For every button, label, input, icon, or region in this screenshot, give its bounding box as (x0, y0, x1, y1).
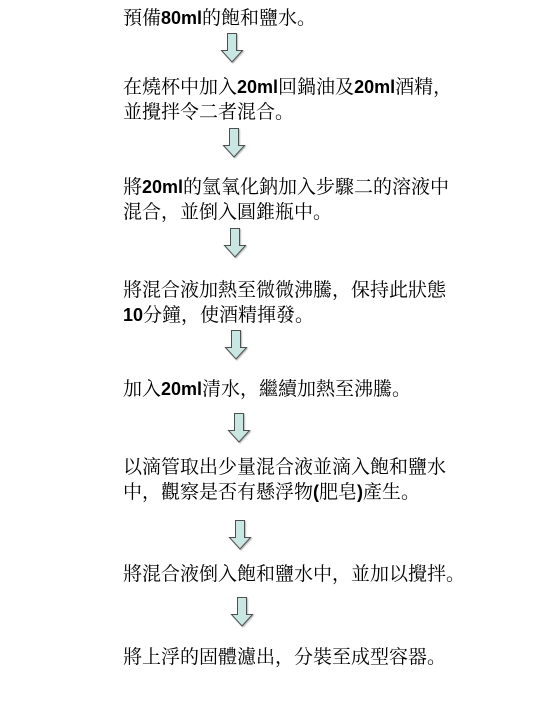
bold-measurement-text: 80ml (161, 8, 202, 28)
bold-measurement-text: 20ml (237, 77, 278, 97)
step-4-line-2: 10分鐘，使酒精揮發。 (123, 303, 446, 328)
step-7-line-1: 將混合液倒入飽和鹽水中，並加以攪拌。 (123, 562, 465, 587)
step-run-text: 分鐘，使酒精揮發。 (143, 305, 314, 326)
step-run-text: 肥皂 (319, 482, 357, 503)
step-text-7: 將混合液倒入飽和鹽水中，並加以攪拌。 (123, 562, 465, 587)
flowchart: 預備80ml的飽和鹽水。在燒杯中加入20ml回鍋油及20ml酒精，並攪拌令二者混… (0, 0, 540, 720)
step-6-line-2: 中，觀察是否有懸浮物(肥皂)產生。 (123, 480, 446, 505)
down-arrow-icon (224, 330, 248, 360)
step-6-line-1: 以滴管取出少量混合液並滴入飽和鹽水 (123, 455, 446, 480)
step-1-line-1: 預備80ml的飽和鹽水。 (123, 6, 316, 31)
step-text-8: 將上浮的固體濾出，分裝至成型容器。 (123, 645, 446, 670)
step-8-line-1: 將上浮的固體濾出，分裝至成型容器。 (123, 645, 446, 670)
step-run-text: 將混合液加熱至微微沸騰，保持此狀態 (123, 280, 446, 301)
step-run-text: 中，觀察是否有懸浮物 (123, 482, 313, 503)
step-4-line-1: 將混合液加熱至微微沸騰，保持此狀態 (123, 278, 446, 303)
step-run-text: 將上浮的固體濾出，分裝至成型容器。 (123, 647, 446, 668)
step-run-text: 的氫氧化鈉加入步驟二的溶液中 (183, 177, 449, 198)
step-run-text: 的飽和鹽水。 (202, 8, 316, 29)
step-3-line-2: 混合，並倒入圓錐瓶中。 (123, 200, 449, 225)
step-run-text: 產生。 (363, 482, 420, 503)
step-text-1: 預備80ml的飽和鹽水。 (123, 6, 316, 31)
down-arrow-icon (222, 128, 246, 158)
step-run-text: 酒精， (395, 77, 452, 98)
bold-measurement-text: 20ml (142, 177, 183, 197)
step-text-4: 將混合液加熱至微微沸騰，保持此狀態10分鐘，使酒精揮發。 (123, 278, 446, 328)
step-run-text: 回鍋油及 (278, 77, 354, 98)
step-text-6: 以滴管取出少量混合液並滴入飽和鹽水中，觀察是否有懸浮物(肥皂)產生。 (123, 455, 446, 505)
step-2-line-2: 並攪拌令二者混合。 (123, 100, 452, 125)
step-run-text: 以滴管取出少量混合液並滴入飽和鹽水 (123, 457, 446, 478)
step-run-text: 將混合液倒入飽和鹽水中，並加以攪拌。 (123, 564, 465, 585)
step-2-line-1: 在燒杯中加入20ml回鍋油及20ml酒精， (123, 75, 452, 100)
down-arrow-icon (228, 520, 252, 550)
step-run-text: 清水，繼續加熱至沸騰。 (202, 379, 411, 400)
step-text-5: 加入20ml清水，繼續加熱至沸騰。 (123, 377, 411, 402)
step-run-text: 在燒杯中加入 (123, 77, 237, 98)
step-3-line-1: 將20ml的氫氧化鈉加入步驟二的溶液中 (123, 175, 449, 200)
bold-measurement-text: 20ml (354, 77, 395, 97)
step-text-3: 將20ml的氫氧化鈉加入步驟二的溶液中混合，並倒入圓錐瓶中。 (123, 175, 449, 225)
bold-measurement-text: 20ml (161, 379, 202, 399)
step-text-2: 在燒杯中加入20ml回鍋油及20ml酒精，並攪拌令二者混合。 (123, 75, 452, 125)
step-5-line-1: 加入20ml清水，繼續加熱至沸騰。 (123, 377, 411, 402)
step-run-text: 加入 (123, 379, 161, 400)
step-run-text: 將 (123, 177, 142, 198)
step-run-text: 並攪拌令二者混合。 (123, 102, 294, 123)
down-arrow-icon (223, 228, 247, 258)
down-arrow-icon (227, 413, 251, 443)
down-arrow-icon (220, 33, 244, 63)
step-run-text: 混合，並倒入圓錐瓶中。 (123, 202, 332, 223)
bold-measurement-text: 10 (123, 305, 143, 325)
step-run-text: 預備 (123, 8, 161, 29)
down-arrow-icon (230, 597, 254, 627)
